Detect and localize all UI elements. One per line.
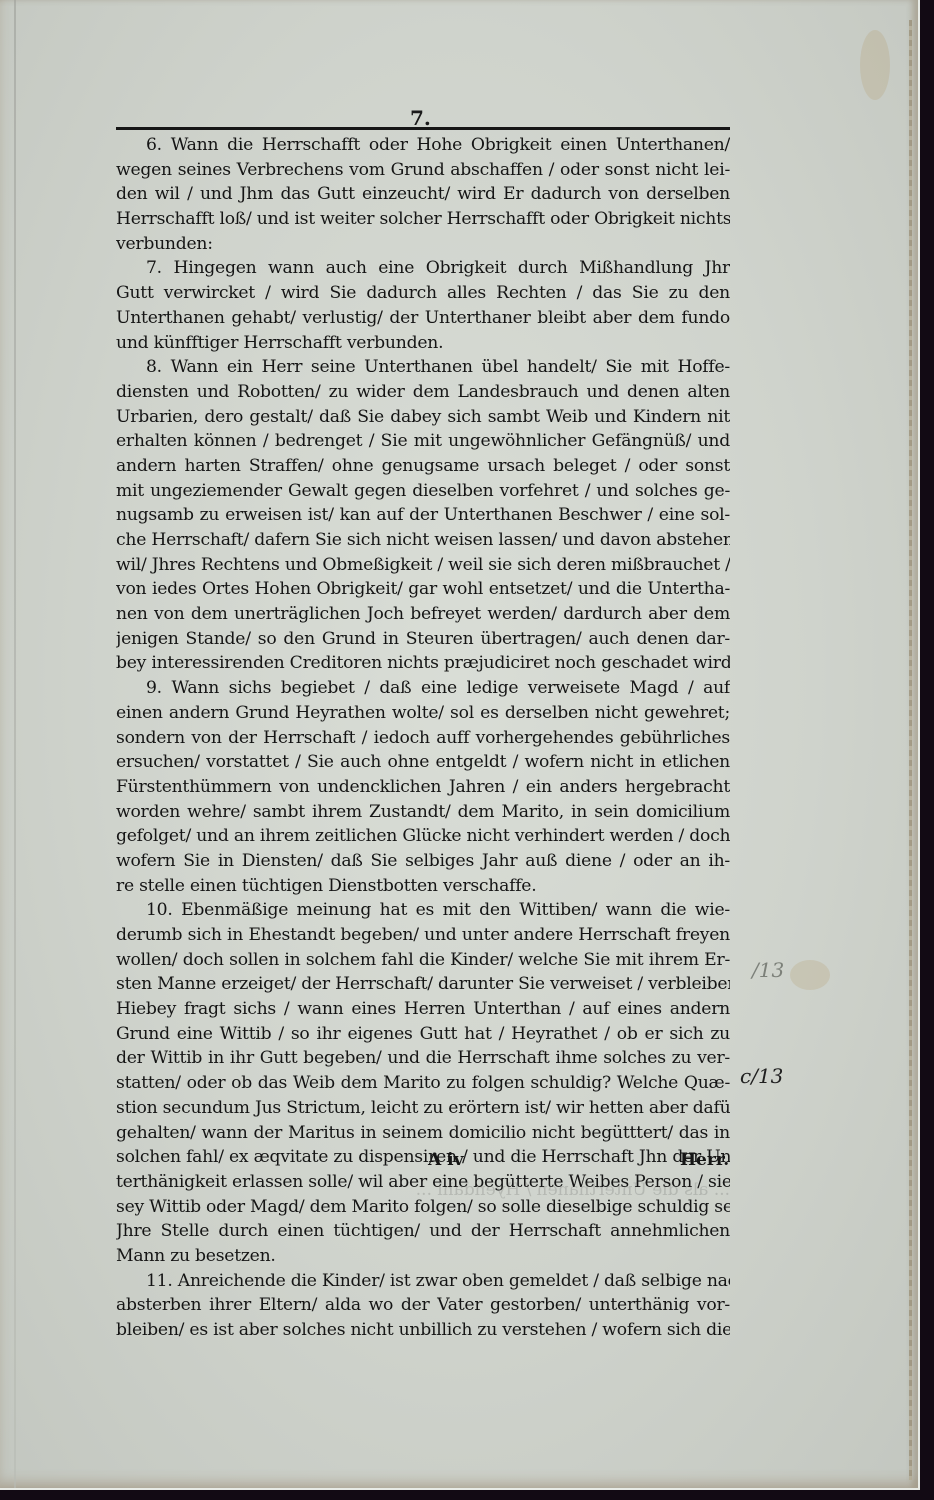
text-line: 11. Anreichende die Kinder/ ist zwar obe… — [116, 1269, 730, 1294]
header-rule — [116, 127, 730, 130]
text-line: Unterthanen gehabt/ verlustig/ der Unter… — [116, 306, 730, 331]
text-line: Grund eine Wittib / so ihr eigenes Gutt … — [116, 1022, 730, 1047]
text-line: der Wittib in ihr Gutt begeben/ und die … — [116, 1046, 730, 1071]
text-line: und künfftiger Herrschafft verbunden. — [116, 331, 730, 356]
text-line: den wil / und Jhm das Gutt einzeucht/ wi… — [116, 182, 730, 207]
text-line: von iedes Ortes Hohen Obrigkeit/ gar woh… — [116, 577, 730, 602]
text-line: ersuchen/ vorstattet / Sie auch ohne ent… — [116, 750, 730, 775]
text-line: nen von dem unerträglichen Joch befreyet… — [116, 602, 730, 627]
margin-note-pencil: /13 — [752, 958, 784, 982]
text-line: wegen seines Verbrechens vom Grund absch… — [116, 158, 730, 183]
text-line: worden wehre/ sambt ihrem Zustandt/ dem … — [116, 800, 730, 825]
text-line: sten Manne erzeiget/ der Herrschaft/ dar… — [116, 972, 730, 997]
text-line: derumb sich in Ehestandt begeben/ und un… — [116, 923, 730, 948]
text-line: sondern von der Herrschaft / iedoch auff… — [116, 726, 730, 751]
torn-page-edge — [909, 20, 912, 1480]
text-line: wil/ Jhres Rechtens und Obmeßigkeit / we… — [116, 553, 730, 578]
text-line: absterben ihrer Eltern/ alda wo der Vate… — [116, 1293, 730, 1318]
text-line: Gutt verwircket / wird Sie dadurch alles… — [116, 281, 730, 306]
text-line: bleiben/ es ist aber solches nicht unbil… — [116, 1318, 730, 1343]
text-line: Urbarien, dero gestalt/ daß Sie dabey si… — [116, 405, 730, 430]
text-line: Herrschafft loß/ und ist weiter solcher … — [116, 207, 730, 232]
text-line: wollen/ doch sollen in solchem fahl die … — [116, 948, 730, 973]
body-text: 6. Wann die Herrschafft oder Hohe Obrigk… — [116, 133, 730, 1343]
text-line: 9. Wann sichs begiebet / daß eine ledige… — [116, 676, 730, 701]
text-line: einen andern Grund Heyrathen wolte/ sol … — [116, 701, 730, 726]
text-line: 7. Hingegen wann auch eine Obrigkeit dur… — [116, 256, 730, 281]
text-line: re stelle einen tüchtigen Dienstbotten v… — [116, 874, 730, 899]
text-line: nugsamb zu erweisen ist/ kan auf der Unt… — [116, 503, 730, 528]
text-line: stion secundum Jus Strictum, leicht zu e… — [116, 1096, 730, 1121]
text-line: diensten und Robotten/ zu wider dem Land… — [116, 380, 730, 405]
text-line: 6. Wann die Herrschafft oder Hohe Obrigk… — [116, 133, 730, 158]
text-line: andern harten Straffen/ ohne genugsame u… — [116, 454, 730, 479]
paper-stain — [790, 960, 830, 990]
text-line: Fürstenthümmern von undencklichen Jahren… — [116, 775, 730, 800]
bleed-through-text: ... als die Unterthanen / Hyendahl ... — [116, 1180, 730, 1200]
text-line: Hiebey fragt sichs / wann eines Herren U… — [116, 997, 730, 1022]
text-line: Jhre Stelle durch einen tüchtigen/ und d… — [116, 1219, 730, 1244]
paper-stain — [860, 30, 890, 100]
text-line: wofern Sie in Diensten/ daß Sie selbiges… — [116, 849, 730, 874]
signature-mark: A iv — [428, 1150, 463, 1170]
document-page: 7. 6. Wann die Herrschafft oder Hohe Obr… — [0, 0, 920, 1490]
text-line: gehalten/ wann der Maritus in seinem dom… — [116, 1121, 730, 1146]
margin-note-ink: c/13 — [740, 1064, 783, 1088]
catchword: Herr. — [680, 1150, 729, 1170]
text-line: jenigen Stande/ so den Grund in Steuren … — [116, 627, 730, 652]
text-line: Mann zu besetzen. — [116, 1244, 730, 1269]
text-line: statten/ oder ob das Weib dem Marito zu … — [116, 1071, 730, 1096]
text-line: erhalten können / bedrenget / Sie mit un… — [116, 429, 730, 454]
text-line: 8. Wann ein Herr seine Unterthanen übel … — [116, 355, 730, 380]
text-line: solchen fahl/ ex æqvitate zu dispensiren… — [116, 1145, 730, 1170]
text-line: gefolget/ und an ihrem zeitlichen Glücke… — [116, 824, 730, 849]
text-line: verbunden: — [116, 232, 730, 257]
text-line: 10. Ebenmäßige meinung hat es mit den Wi… — [116, 898, 730, 923]
text-line: bey interessirenden Creditoren nichts pr… — [116, 651, 730, 676]
text-line: mit ungeziemender Gewalt gegen dieselben… — [116, 479, 730, 504]
text-line: che Herrschaft/ dafern Sie sich nicht we… — [116, 528, 730, 553]
